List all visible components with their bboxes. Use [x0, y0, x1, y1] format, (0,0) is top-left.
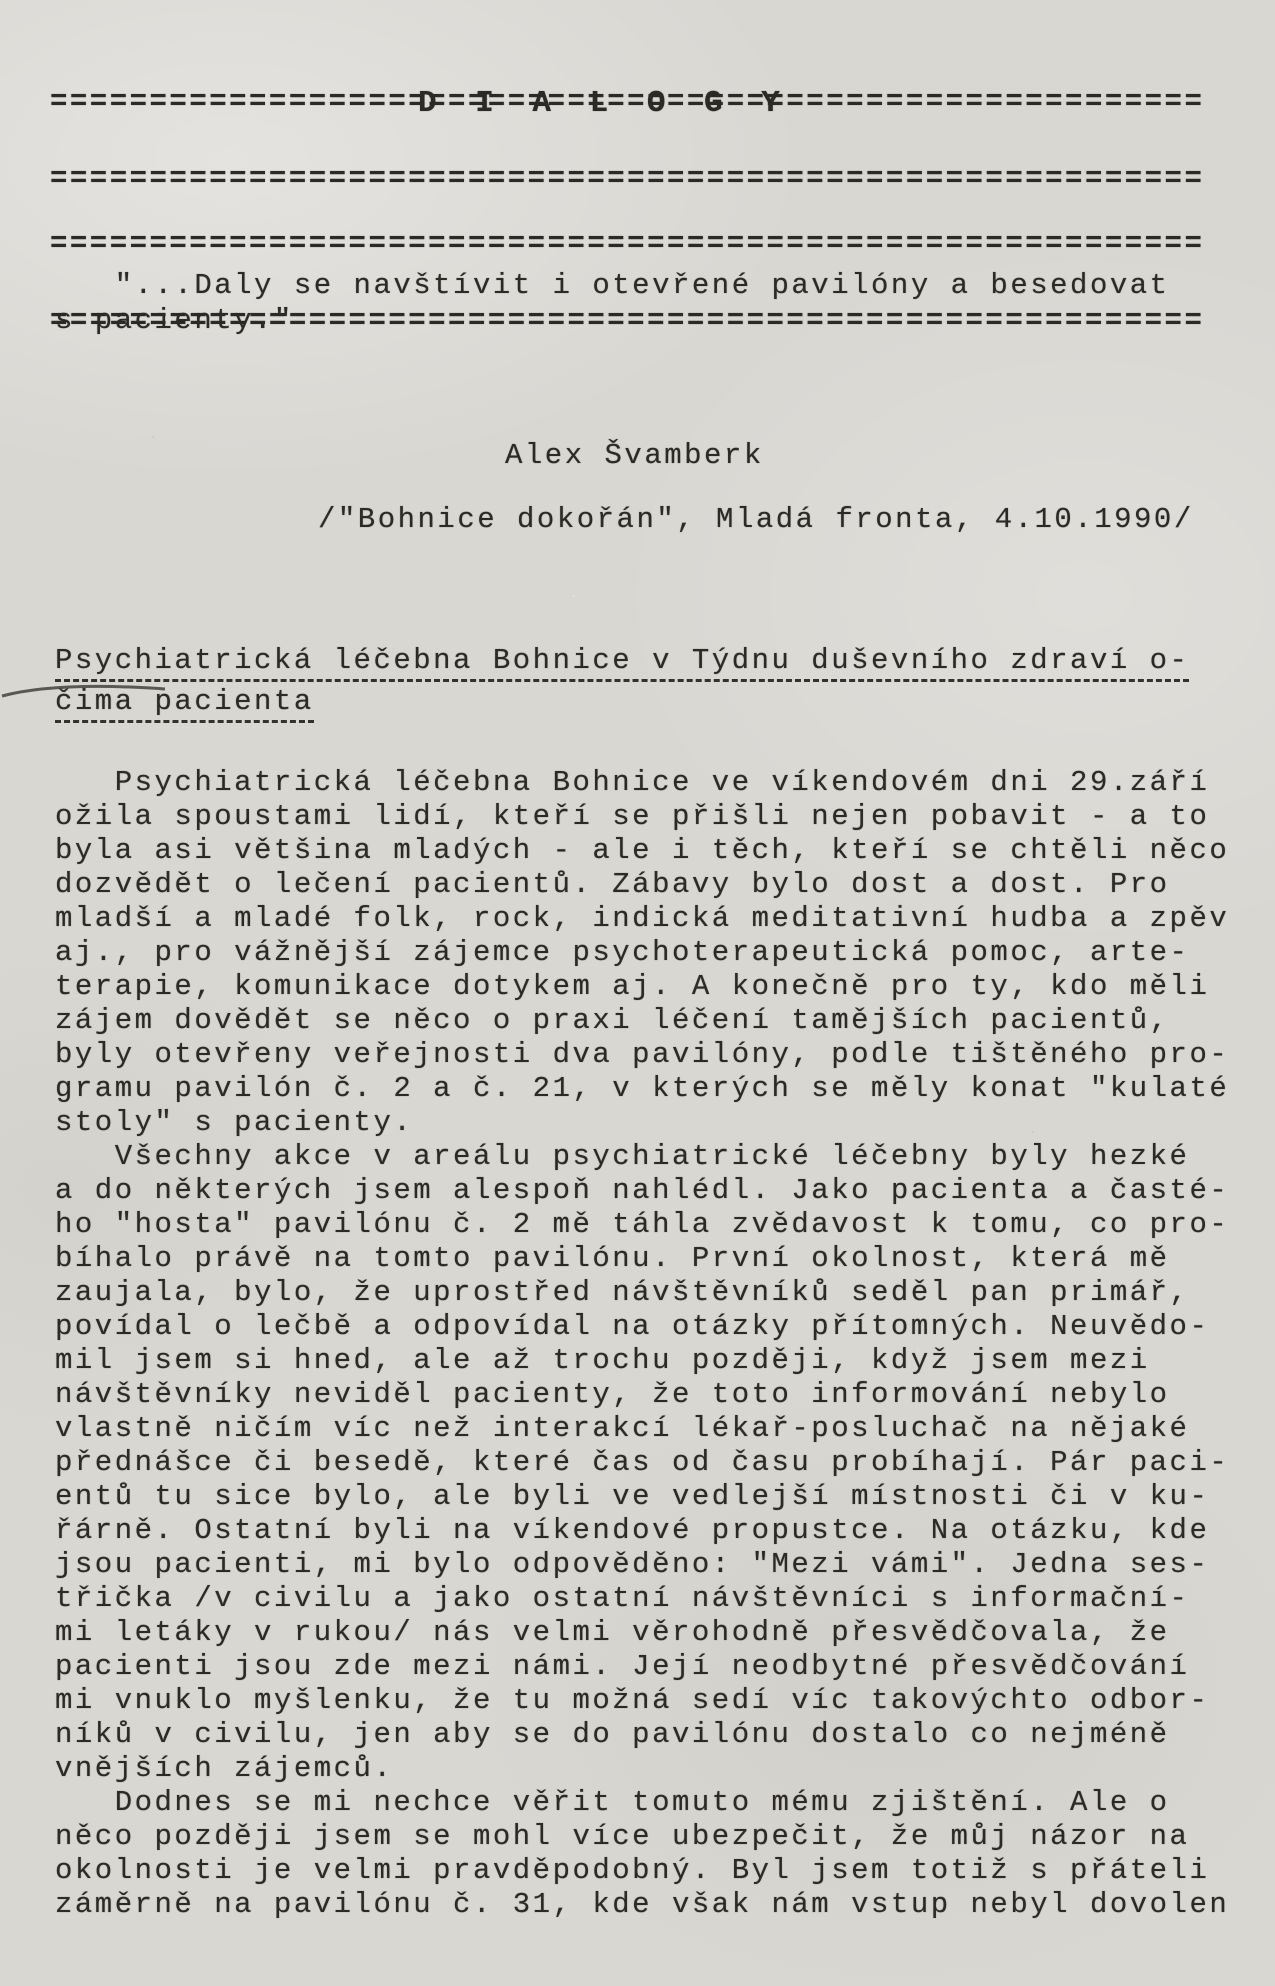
paragraph: Dodnes se mi nechce věřit tomuto mému zj… [55, 1786, 1229, 1922]
border-row: ========================================… [50, 238, 1204, 249]
source-citation: /"Bohnice dokořán", Mladá fronta, 4.10.1… [318, 502, 1194, 537]
article-heading: Psychiatrická léčebna Bohnice v Týdnu du… [55, 645, 1189, 727]
article-heading-line: Psychiatrická léčebna Bohnice v Týdnu du… [55, 645, 1189, 682]
author-name: Alex Švamberk [505, 438, 764, 473]
page-title: D I A L O G Y [418, 86, 790, 121]
scanned-typewritten-page: ========================================… [0, 0, 1275, 1986]
epigraph-quote: "...Daly se navštívit i otevřené pavilón… [55, 268, 1170, 338]
paragraph: Psychiatrická léčebna Bohnice ve víkendo… [55, 766, 1229, 1140]
article-body: Psychiatrická léčebna Bohnice ve víkendo… [55, 766, 1229, 1922]
article-heading-line: čima pacienta [55, 686, 314, 723]
paragraph: Všechny akce v areálu psychiatrické léče… [55, 1140, 1229, 1786]
